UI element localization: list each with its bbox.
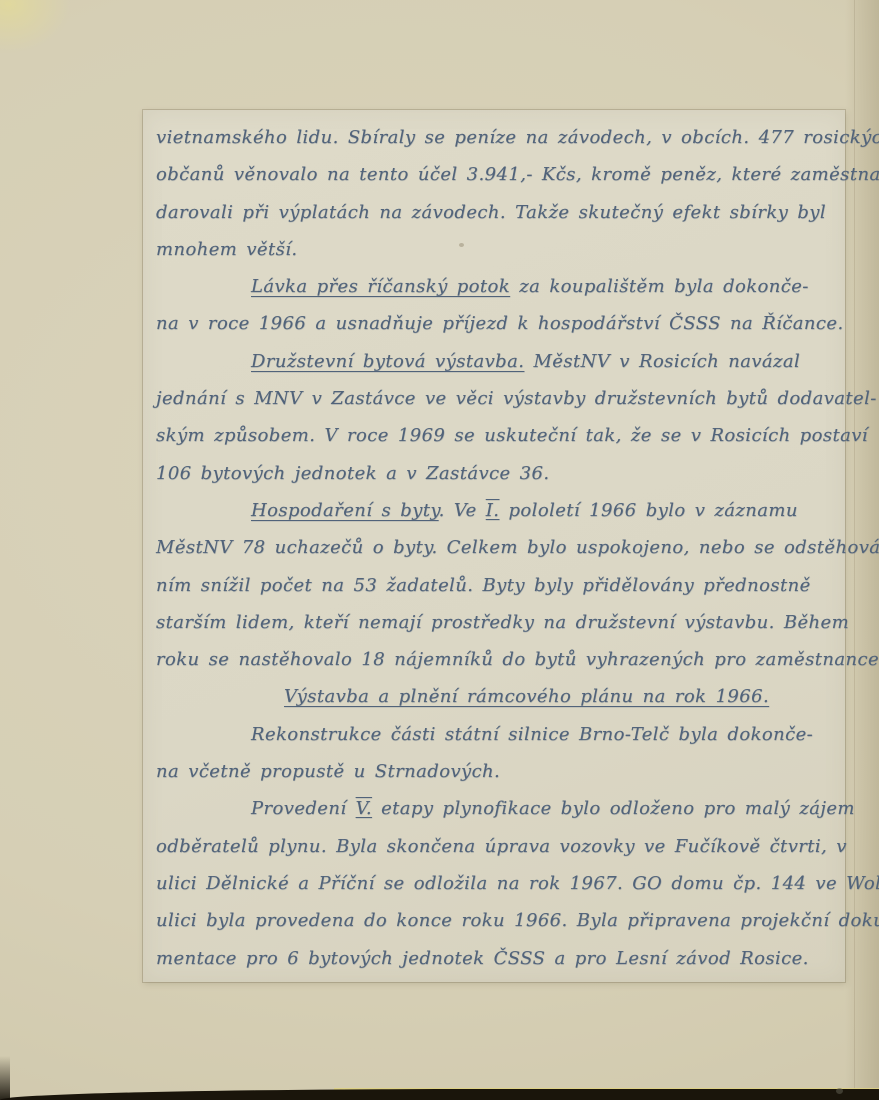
handwritten-line: ulici byla provedena do konce roku 1966.… xyxy=(156,902,839,939)
handwritten-line: ulici Dělnické a Příční se odložila na r… xyxy=(156,865,839,902)
handwritten-line: odběratelů plynu. Byla skončena úprava v… xyxy=(156,828,839,865)
text-segment: Provedení xyxy=(251,798,356,819)
text-segment: občanů věnovalo na tento účel 3.941,- Kč… xyxy=(156,164,879,185)
text-segment: odběratelů plynu. Byla skončena úprava v… xyxy=(156,836,847,857)
roman-numeral: I. xyxy=(486,500,500,521)
text-segment: mnohem větší. xyxy=(156,239,298,260)
text-segment: darovali při výplatách na závodech. Takž… xyxy=(156,202,826,223)
text-segment: za koupalištěm byla dokonče- xyxy=(510,276,809,297)
handwritten-line: MěstNV 78 uchazečů o byty. Celkem bylo u… xyxy=(156,529,839,566)
handwritten-line: roku se nastěhovalo 18 nájemníků do bytů… xyxy=(156,641,839,678)
text-segment: pololetí 1966 bylo v záznamu xyxy=(499,500,798,521)
handwritten-line: Výstavba a plnění rámcového plánu na rok… xyxy=(156,678,839,715)
paper-speck xyxy=(836,1088,843,1094)
handwritten-line: jednání s MNV v Zastávce ve věci výstavb… xyxy=(156,380,839,417)
text-segment: MěstNV 78 uchazečů o byty. Celkem bylo u… xyxy=(156,537,879,558)
handwritten-line: Lávka přes říčanský potok za koupalištěm… xyxy=(156,268,839,305)
underlined-heading: Lávka přes říčanský potok xyxy=(251,276,510,297)
underlined-heading: Hospodaření s byty xyxy=(251,500,439,521)
handwritten-line: na v roce 1966 a usnadňuje příjezd k hos… xyxy=(156,305,839,342)
handwritten-line: Hospodaření s byty. Ve I. pololetí 1966 … xyxy=(156,492,839,529)
handwritten-line: 106 bytových jednotek a v Zastávce 36. xyxy=(156,455,839,492)
handwritten-line: občanů věnovalo na tento účel 3.941,- Kč… xyxy=(156,156,839,193)
photo-left-dark-corner xyxy=(0,1056,10,1100)
text-segment: ským způsobem. V roce 1969 se uskuteční … xyxy=(156,425,868,446)
text-segment: vietnamského lidu. Sbíraly se peníze na … xyxy=(156,127,879,148)
handwritten-line: darovali při výplatách na závodech. Takž… xyxy=(156,194,839,231)
handwritten-line: Provedení V. etapy plynofikace bylo odlo… xyxy=(156,790,839,827)
handwritten-line: starším lidem, kteří nemají prostředky n… xyxy=(156,604,839,641)
text-segment: jednání s MNV v Zastávce ve věci výstavb… xyxy=(156,388,877,409)
text-segment: na v roce 1966 a usnadňuje příjezd k hos… xyxy=(156,313,844,334)
underlined-heading: Družstevní bytová výstavba. xyxy=(251,351,524,372)
text-segment: na včetně propustě u Strnadových. xyxy=(156,761,500,782)
text-segment: starším lidem, kteří nemají prostředky n… xyxy=(156,612,849,633)
handwritten-line: ským způsobem. V roce 1969 se uskuteční … xyxy=(156,417,839,454)
handwritten-line: ním snížil počet na 53 žadatelů. Byty by… xyxy=(156,567,839,604)
text-segment: . Ve xyxy=(439,500,486,521)
handwritten-line: Družstevní bytová výstavba. MěstNV v Ros… xyxy=(156,343,839,380)
paper-speck xyxy=(459,243,464,247)
text-segment: roku se nastěhovalo 18 nájemníků do bytů… xyxy=(156,649,879,670)
text-segment: MěstNV v Rosicích navázal xyxy=(524,351,800,372)
text-segment: ulici Dělnické a Příční se odložila na r… xyxy=(156,873,879,894)
roman-numeral: V. xyxy=(356,798,372,819)
handwritten-line: na včetně propustě u Strnadových. xyxy=(156,753,839,790)
text-segment: mentace pro 6 bytových jednotek ČSSS a p… xyxy=(156,948,809,969)
text-segment: 106 bytových jednotek a v Zastávce 36. xyxy=(156,463,550,484)
handwritten-line: mentace pro 6 bytových jednotek ČSSS a p… xyxy=(156,940,839,977)
handwritten-line: Rekonstrukce části státní silnice Brno-T… xyxy=(156,716,839,753)
underlined-heading: Výstavba a plnění rámcového plánu na rok… xyxy=(284,686,769,707)
text-segment: ulici byla provedena do konce roku 1966.… xyxy=(156,910,879,931)
text-segment: etapy plynofikace bylo odloženo pro malý… xyxy=(372,798,855,819)
photo-bottom-dark-edge xyxy=(0,1089,879,1100)
handwritten-line: mnohem větší. xyxy=(156,231,839,268)
album-page-photo: vietnamského lidu. Sbíraly se peníze na … xyxy=(0,0,879,1100)
manuscript-sheet: vietnamského lidu. Sbíraly se peníze na … xyxy=(143,110,845,982)
handwritten-line: vietnamského lidu. Sbíraly se peníze na … xyxy=(156,119,839,156)
text-segment: Rekonstrukce části státní silnice Brno-T… xyxy=(251,724,813,745)
manuscript-text: vietnamského lidu. Sbíraly se peníze na … xyxy=(156,119,839,977)
text-segment: ním snížil počet na 53 žadatelů. Byty by… xyxy=(156,575,811,596)
